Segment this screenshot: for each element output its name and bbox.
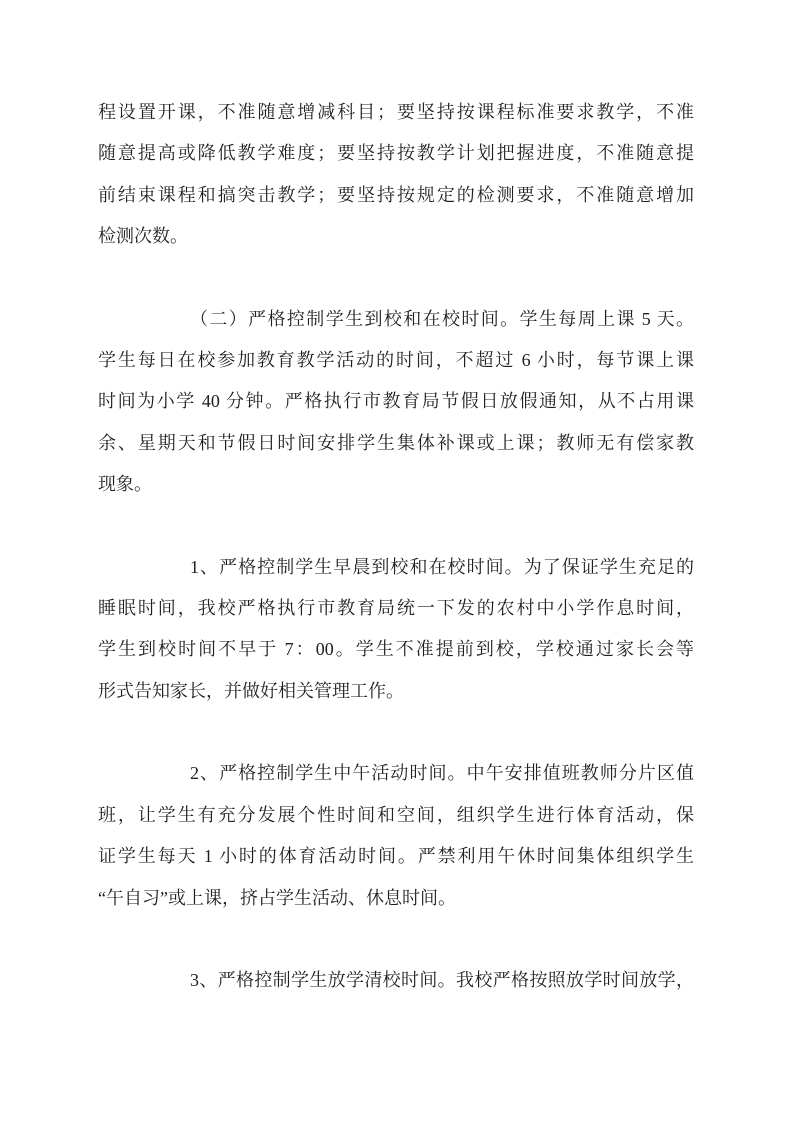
text-line: 证学生每天 1 小时的体育活动时间。严禁利用午休时间集体组织学生: [98, 836, 694, 877]
text-line: 睡眠时间，我校严格执行市教育局统一下发的农村中小学作息时间，: [98, 588, 694, 629]
text-line: 前结束课程和搞突击教学；要坚持按规定的检测要求，不准随意增加: [98, 175, 694, 216]
text-line: “午自习”或上课，挤占学生活动、休息时间。: [98, 878, 694, 919]
paragraph: 程设置开课，不准随意增减科目；要坚持按课程标准要求教学，不准 随意提高或降低教学…: [98, 92, 694, 258]
text-line: 余、星期天和节假日时间安排学生集体补课或上课；教师无有偿家教: [98, 423, 694, 464]
text-line: 3、严格控制学生放学清校时间。我校严格按照放学时间放学，: [98, 960, 694, 1001]
paragraph: （二）严格控制学生到校和在校时间。学生每周上课 5 天。 学生每日在校参加教育教…: [98, 299, 694, 506]
paragraph: 3、严格控制学生放学清校时间。我校严格按照放学时间放学，: [98, 960, 694, 1001]
text-line: 2、严格控制学生中午活动时间。中午安排值班教师分片区值: [98, 753, 694, 794]
text-line: 时间为小学 40 分钟。严格执行市教育局节假日放假通知，从不占用课: [98, 381, 694, 422]
text-line: 1、严格控制学生早晨到校和在校时间。为了保证学生充足的: [98, 547, 694, 588]
text-line: （二）严格控制学生到校和在校时间。学生每周上课 5 天。: [98, 299, 694, 340]
paragraph: 2、严格控制学生中午活动时间。中午安排值班教师分片区值 班，让学生有充分发展个性…: [98, 753, 694, 919]
paragraph: 1、严格控制学生早晨到校和在校时间。为了保证学生充足的 睡眠时间，我校严格执行市…: [98, 547, 694, 713]
document-page: 程设置开课，不准随意增减科目；要坚持按课程标准要求教学，不准 随意提高或降低教学…: [98, 92, 694, 1042]
text-line: 学生到校时间不早于 7：00。学生不准提前到校，学校通过家长会等: [98, 629, 694, 670]
text-line: 现象。: [98, 464, 694, 505]
text-line: 程设置开课，不准随意增减科目；要坚持按课程标准要求教学，不准: [98, 92, 694, 133]
text-line: 班，让学生有充分发展个性时间和空间，组织学生进行体育活动，保: [98, 795, 694, 836]
text-line: 随意提高或降低教学难度；要坚持按教学计划把握进度，不准随意提: [98, 133, 694, 174]
text-line: 学生每日在校参加教育教学活动的时间，不超过 6 小时，每节课上课: [98, 340, 694, 381]
text-line: 形式告知家长，并做好相关管理工作。: [98, 671, 694, 712]
text-line: 检测次数。: [98, 216, 694, 257]
